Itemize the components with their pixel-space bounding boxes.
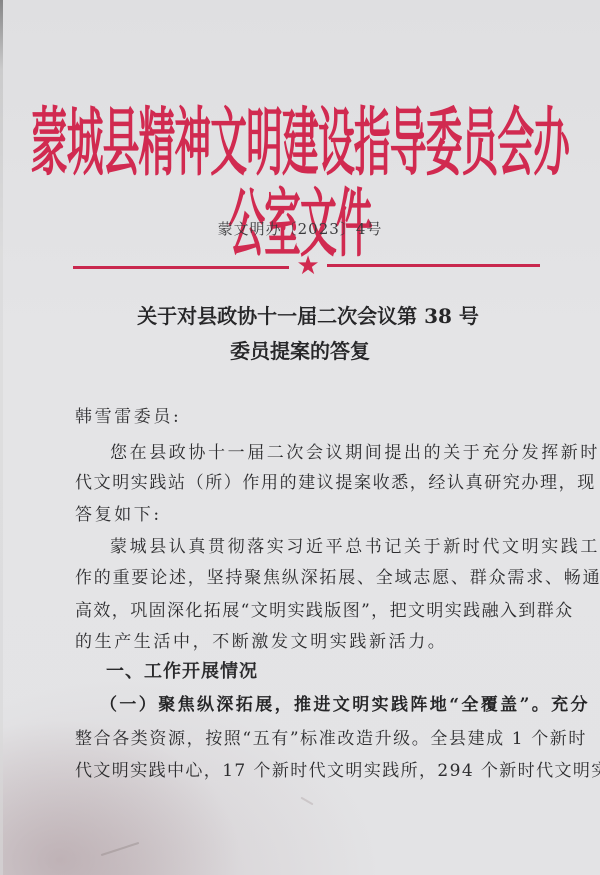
- star-icon: ★: [295, 253, 321, 279]
- paper-edge: [0, 0, 3, 875]
- paragraph-1-line-2: 代文明实践站（所）作用的建议提案收悉，经认真研究办理，现: [75, 468, 557, 493]
- paragraph-2-line-3: 高效，巩固深化拓展“文明实践版图”，把文明实践融入到群众: [75, 596, 557, 621]
- subsection-line-1: （一）聚焦纵深拓展，推进文明实践阵地“全覆盖”。充分: [100, 690, 590, 715]
- paragraph-1-line-1: 您在县政协十一届二次会议期间提出的关于充分发挥新时: [110, 438, 592, 463]
- paragraph-2-line-4: 的生产生活中，不断激发文明实践新活力。: [75, 627, 557, 652]
- subject-title-line-1: 关于对县政协十一届二次会议第 38 号: [8, 300, 600, 329]
- subsection-line-2: 整合各类资源，按照“五有”标准改造升级。全县建成 1 个新时: [75, 724, 557, 749]
- paragraph-1-line-3: 答复如下:: [75, 500, 557, 525]
- subsection-line-3: 代文明实践中心，17 个新时代文明实践所，294 个新时代文明实: [75, 756, 557, 781]
- divider-line-right: [327, 264, 540, 267]
- paragraph-2-line-2: 作的重要论述，坚持聚焦纵深拓展、全域志愿、群众需求、畅通: [75, 563, 557, 588]
- document-header-title: 蒙城县精神文明建设指导委员会办公室文件: [24, 103, 576, 184]
- document-number: 蒙文明办〔2023〕4号: [0, 218, 600, 239]
- section-heading: 一、工作开展情况: [106, 657, 258, 683]
- divider-line-left: [73, 266, 289, 269]
- paragraph-2-line-1: 蒙城县认真贯彻落实习近平总书记关于新时代文明实践工: [110, 532, 592, 557]
- salutation: 韩雪雷委员:: [75, 402, 557, 427]
- header-title-text: 蒙城县精神文明建设指导委员会办公室文件: [24, 103, 576, 266]
- subject-title-line-2: 委员提案的答复: [0, 335, 600, 364]
